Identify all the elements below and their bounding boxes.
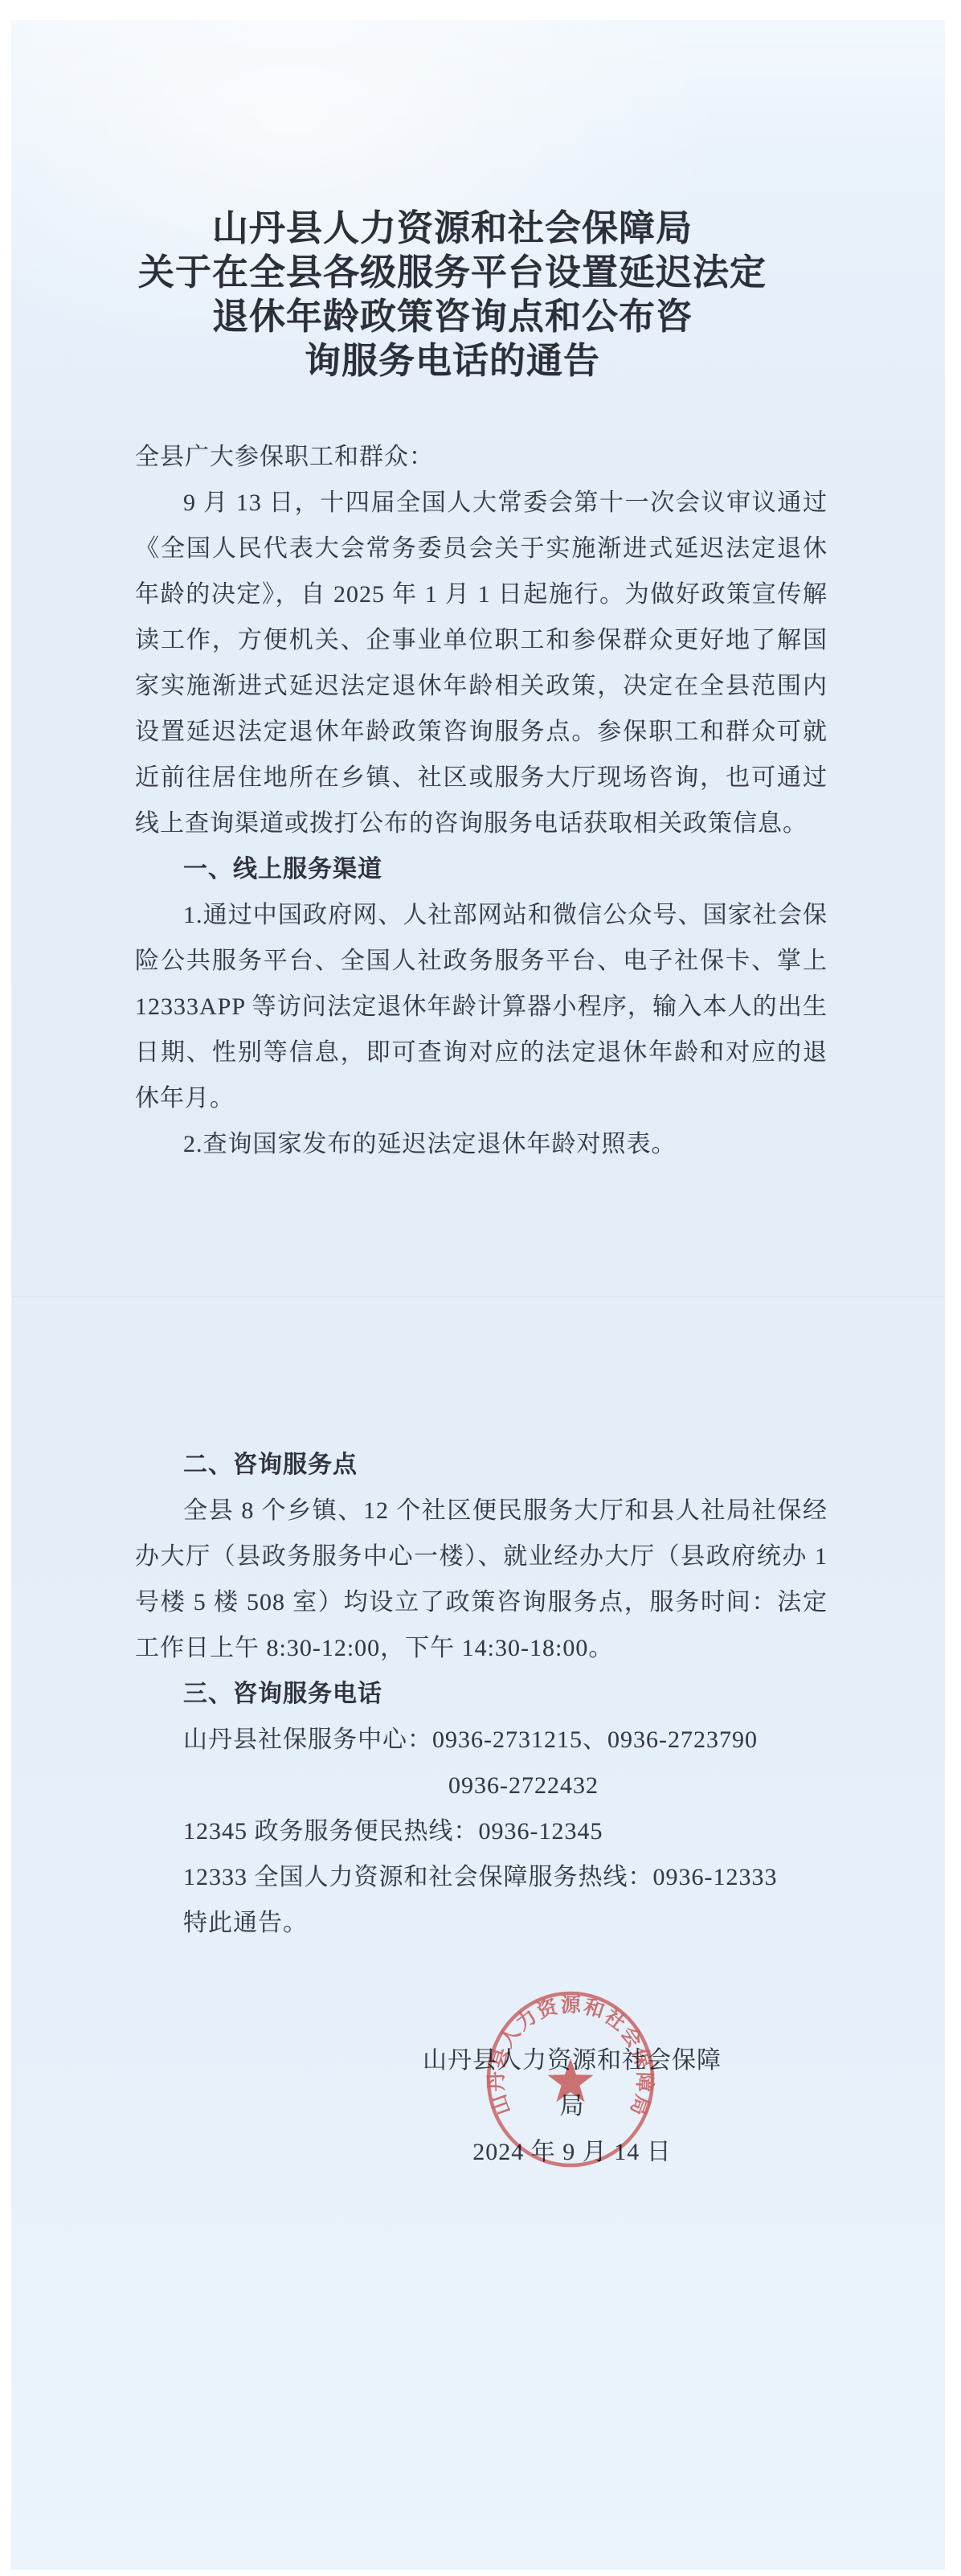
section-1-heading: 一、线上服务渠道 — [135, 846, 828, 892]
title-line-1: 山丹县人力资源和社会保障局 — [103, 207, 802, 251]
hotline-12345: 12345 政务服务便民热线：0936-12345 — [135, 1808, 828, 1854]
hotline-shebao: 山丹县社保服务中心：0936-2731215、0936-2723790 — [135, 1717, 828, 1763]
title-line-3: 退休年龄政策咨询点和公布咨 — [103, 295, 802, 339]
document-body: 全县广大参保职工和群众： 9 月 13 日，十四届全国人大常委会第十一次会议审议… — [135, 434, 828, 2175]
section-3-heading: 三、咨询服务电话 — [135, 1671, 828, 1717]
section-1-item-1: 1.通过中国政府网、人社部网站和微信公众号、国家社会保险公共服务平台、全国人社政… — [135, 892, 828, 1121]
official-seal-stamp: 山丹县人力资源和社会保障局 — [476, 1984, 665, 2174]
title-line-4: 询服务电话的通告 — [103, 339, 802, 383]
section-1-item-2: 2.查询国家发布的延迟法定退休年龄对照表。 — [135, 1121, 828, 1167]
closing-statement: 特此通告。 — [135, 1900, 828, 1946]
salutation: 全县广大参保职工和群众： — [135, 434, 828, 480]
hotline-12333: 12333 全国人力资源和社会保障服务热线：0936-12333 — [135, 1854, 828, 1900]
title-line-2: 关于在全县各级服务平台设置延迟法定 — [103, 251, 802, 295]
seal-ring-text: 山丹县人力资源和社会保障局 — [485, 1994, 657, 2119]
document-title: 山丹县人力资源和社会保障局 关于在全县各级服务平台设置延迟法定 退休年龄政策咨询… — [103, 207, 802, 383]
intro-paragraph: 9 月 13 日，十四届全国人大常委会第十一次会议审议通过《全国人民代表大会常务… — [135, 480, 828, 846]
blank-gap — [135, 1167, 828, 1442]
section-2-body: 全县 8 个乡镇、12 个社区便民服务大厅和县人社局社保经办大厅（县政务服务中心… — [135, 1488, 828, 1671]
section-2-heading: 二、咨询服务点 — [135, 1442, 828, 1488]
seal-ring-textpath: 山丹县人力资源和社会保障局 — [485, 1994, 657, 2119]
seal-star-icon — [548, 2058, 594, 2102]
notice-document-page: 山丹县人力资源和社会保障局 关于在全县各级服务平台设置延迟法定 退休年龄政策咨询… — [0, 0, 961, 2576]
hotline-shebao-continued: 0936-2722432 — [135, 1763, 828, 1808]
